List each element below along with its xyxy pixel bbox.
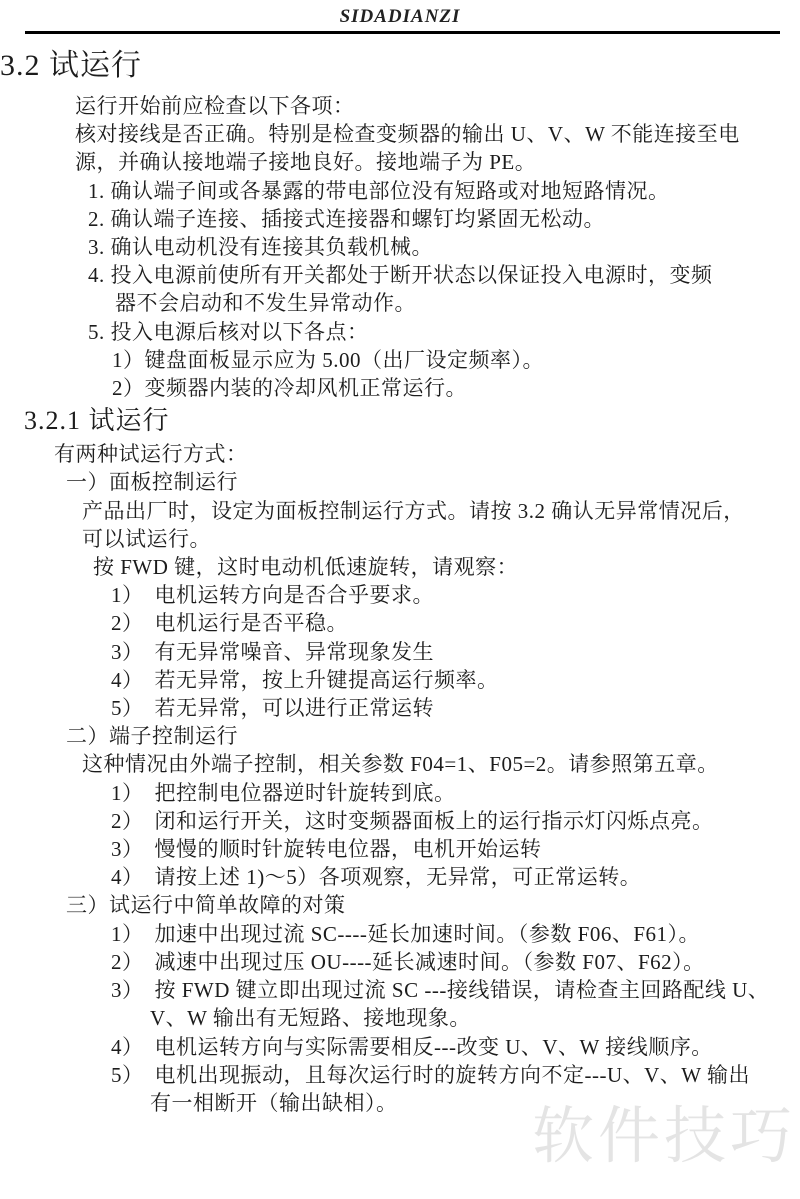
page-header-title: SIDADIANZI — [0, 0, 800, 28]
text-line: 3） 慢慢的顺时针旋转电位器，电机开始运转 — [0, 835, 800, 863]
text-line: 三）试运行中简单故障的对策 — [0, 891, 800, 919]
text-line: 5） 电机出现振动，且每次运行时的旋转方向不定---U、V、W 输出 — [0, 1061, 800, 1089]
text-line: 1） 电机运转方向是否合乎要求。 — [0, 581, 800, 609]
document-page: SIDADIANZI 3.2 试运行运行开始前应检查以下各项：核对接线是否正确。… — [0, 0, 800, 1199]
text-line: 4） 若无异常，按上升键提高运行频率。 — [0, 666, 800, 694]
watermark: 软件技巧 — [532, 1106, 796, 1168]
text-line: 3） 按 FWD 键立即出现过流 SC ---接线错误，请检查主回路配线 U、 — [0, 976, 800, 1004]
text-line: 源，并确认接地端子接地良好。接地端子为 PE。 — [0, 148, 800, 176]
text-line: 2. 确认端子连接、插接式连接器和螺钉均紧固无松动。 — [0, 205, 800, 233]
text-line: 1） 加速中出现过流 SC----延长加速时间。（参数 F06、F61）。 — [0, 920, 800, 948]
text-line: 1. 确认端子间或各暴露的带电部位没有短路或对地短路情况。 — [0, 177, 800, 205]
text-line: 二）端子控制运行 — [0, 722, 800, 750]
text-line: 2） 闭和运行开关，这时变频器面板上的运行指示灯闪烁点亮。 — [0, 807, 800, 835]
text-line: 2）变频器内装的冷却风机正常运行。 — [0, 374, 800, 402]
text-line: 运行开始前应检查以下各项： — [0, 92, 800, 120]
text-line: 5. 投入电源后核对以下各点： — [0, 318, 800, 346]
text-line: 1）键盘面板显示应为 5.00（出厂设定频率）。 — [0, 346, 800, 374]
text-line: 4） 电机运转方向与实际需要相反---改变 U、V、W 接线顺序。 — [0, 1033, 800, 1061]
text-line: 有两种试运行方式： — [0, 440, 800, 468]
text-line: 3. 确认电动机没有连接其负载机械。 — [0, 233, 800, 261]
text-line: 2） 电机运行是否平稳。 — [0, 609, 800, 637]
text-line: 3） 有无异常噪音、异常现象发生 — [0, 638, 800, 666]
text-line: 5） 若无异常，可以进行正常运转 — [0, 694, 800, 722]
text-line: 这种情况由外端子控制，相关参数 F04=1、F05=2。请参照第五章。 — [0, 750, 800, 778]
text-line: 2） 减速中出现过压 OU----延长减速时间。（参数 F07、F62）。 — [0, 948, 800, 976]
text-line: V、W 输出有无短路、接地现象。 — [0, 1004, 800, 1032]
document-body: 3.2 试运行运行开始前应检查以下各项：核对接线是否正确。特别是检查变频器的输出… — [0, 34, 800, 1117]
section-heading: 3.2 试运行 — [0, 42, 800, 92]
text-line: 4） 请按上述 1)～5）各项观察，无异常，可正常运转。 — [0, 863, 800, 891]
text-line: 按 FWD 键，这时电动机低速旋转，请观察： — [0, 553, 800, 581]
text-line: 核对接线是否正确。特别是检查变频器的输出 U、V、W 不能连接至电 — [0, 120, 800, 148]
text-line: 产品出厂时，设定为面板控制运行方式。请按 3.2 确认无异常情况后， — [0, 497, 800, 525]
text-line: 一）面板控制运行 — [0, 468, 800, 496]
text-line: 1） 把控制电位器逆时针旋转到底。 — [0, 779, 800, 807]
section-heading: 3.2.1 试运行 — [0, 402, 800, 440]
text-line: 4. 投入电源前使所有开关都处于断开状态以保证投入电源时，变频 — [0, 261, 800, 289]
text-line: 器不会启动和不发生异常动作。 — [0, 289, 800, 317]
text-line: 可以试运行。 — [0, 525, 800, 553]
